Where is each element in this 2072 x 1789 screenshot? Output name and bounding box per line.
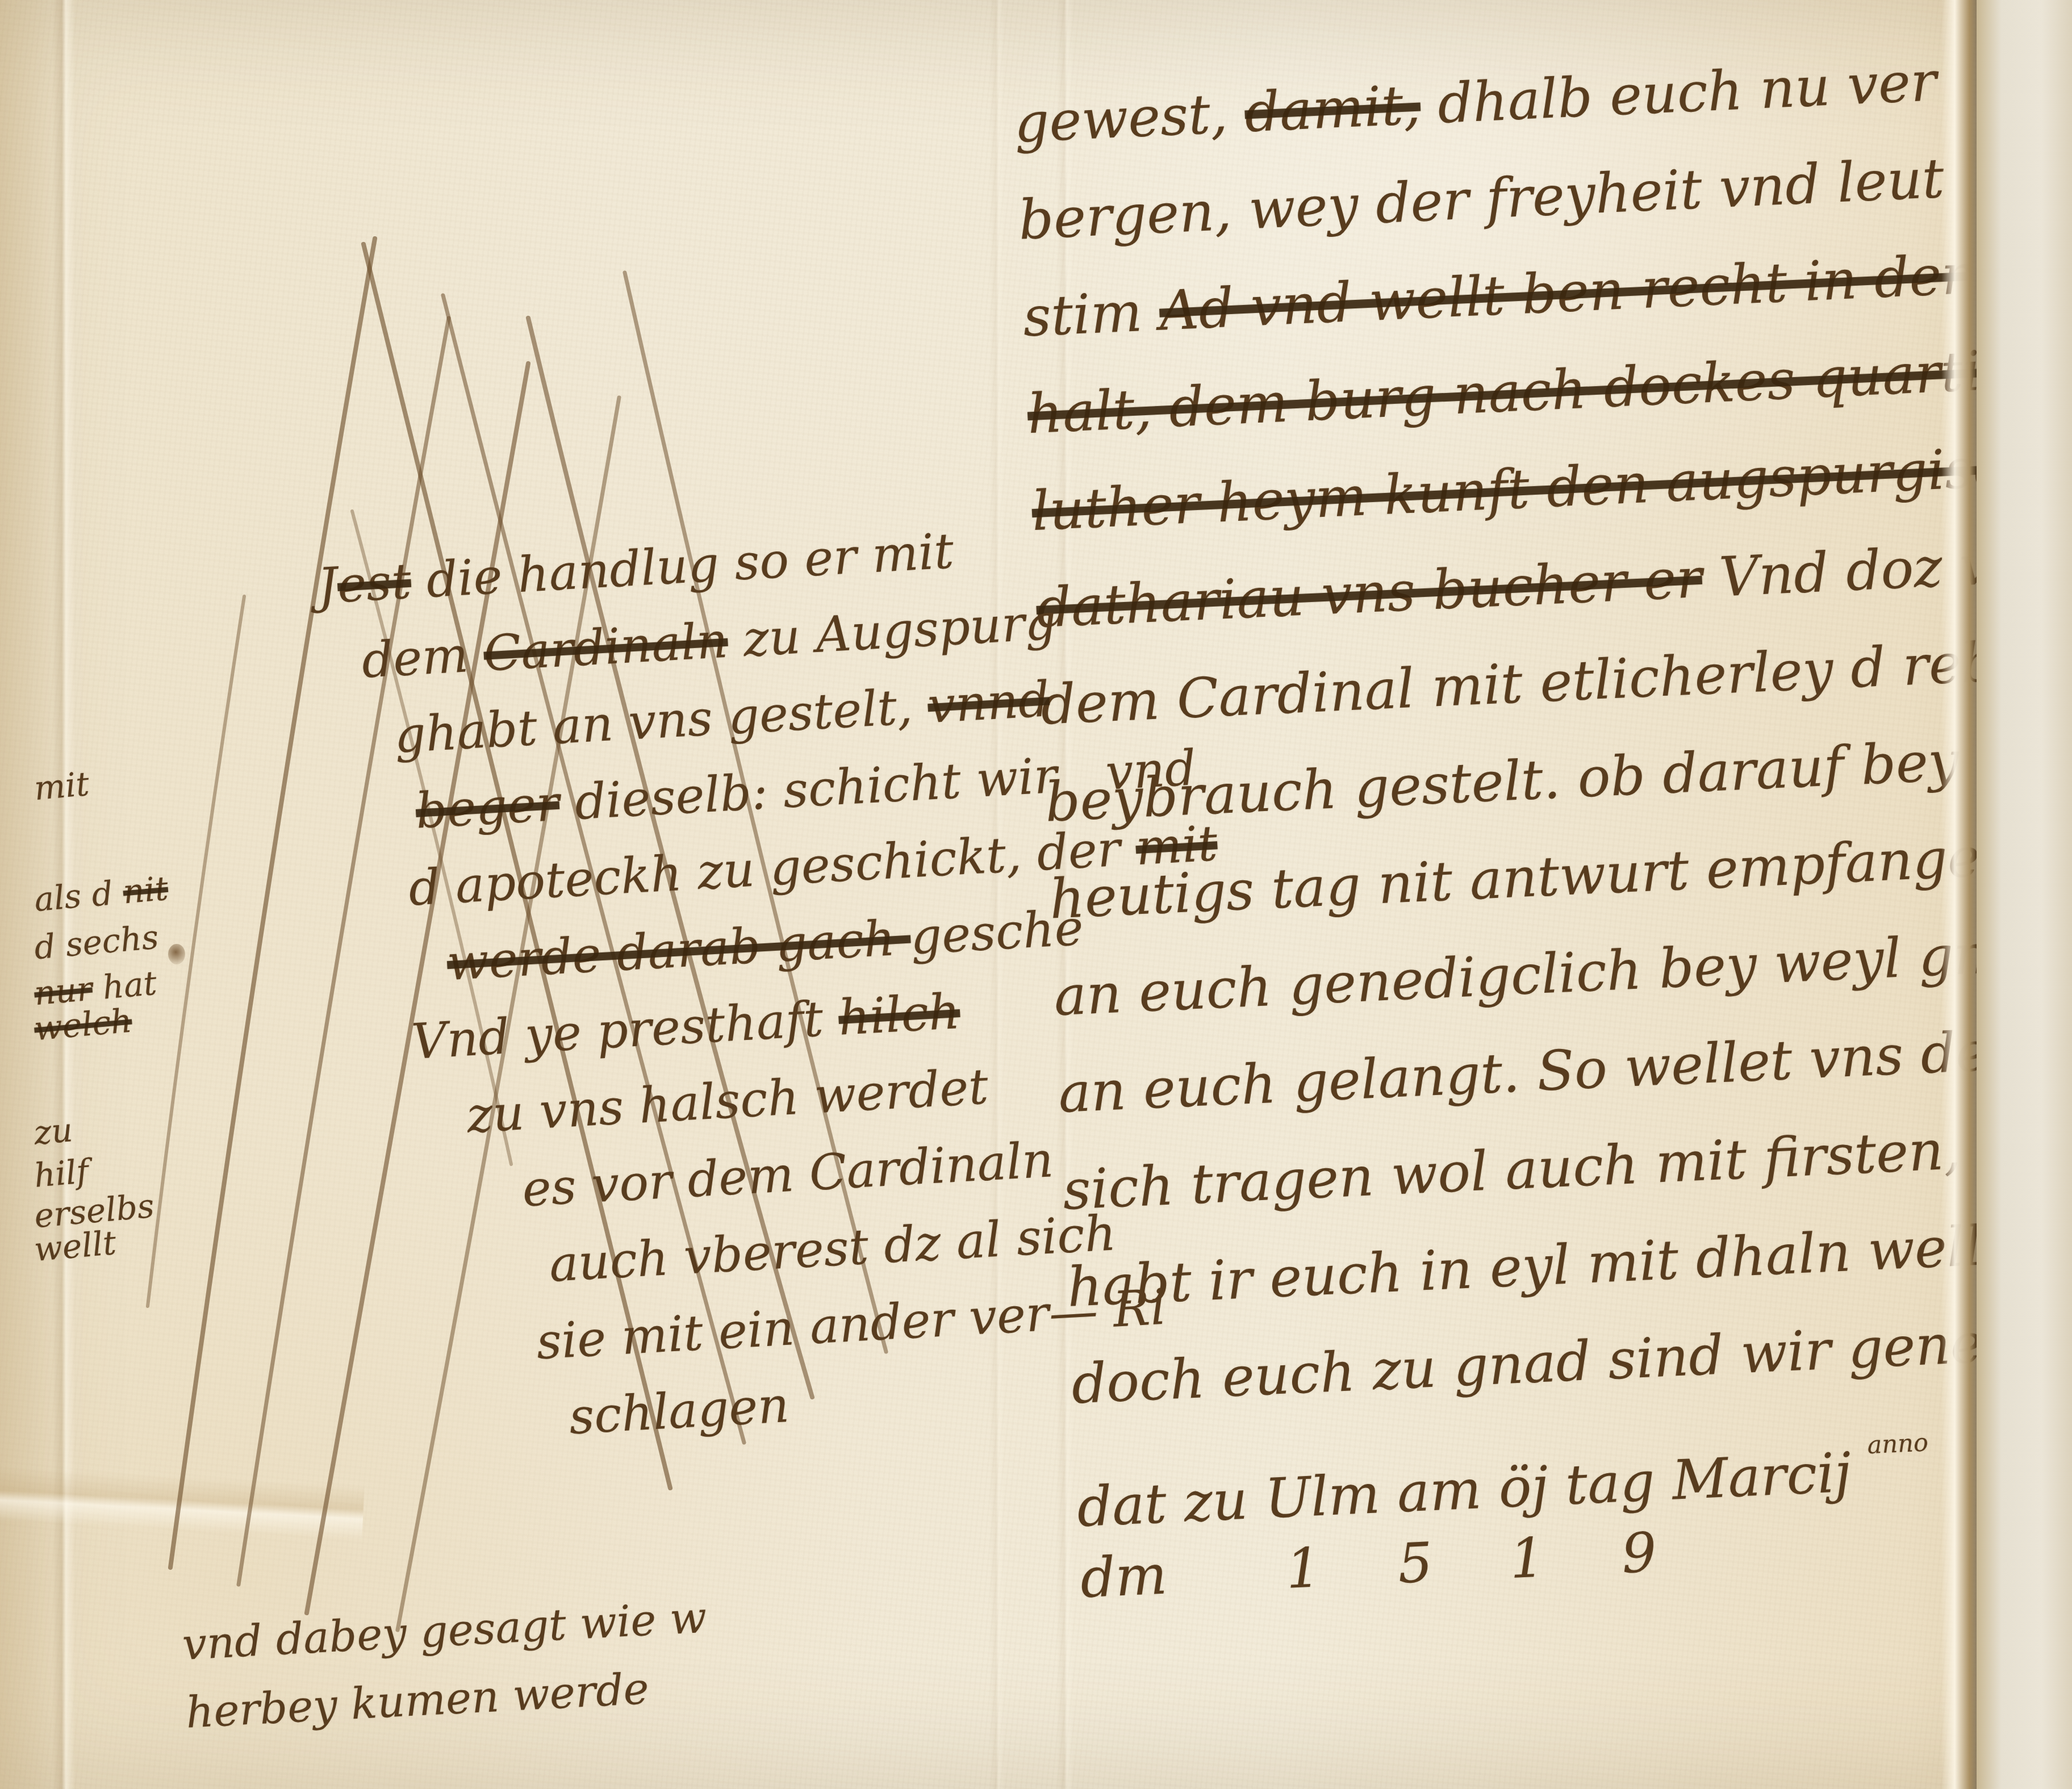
text-segment: wellt	[32, 1223, 118, 1269]
struck-text-segment: Ad vnd wellt ben recht in der	[1158, 243, 1969, 342]
struck-text-segment: beger	[414, 775, 561, 840]
text-segment: hilf	[32, 1152, 90, 1195]
struck-text-segment: werde darab gach	[445, 909, 912, 992]
cancellation-stroke	[148, 596, 244, 1306]
underlying-page-edge	[1977, 0, 2072, 1789]
struck-text-segment: welch	[32, 1001, 133, 1048]
margin-note: wellt	[32, 1223, 118, 1269]
margin-note: welch	[32, 1001, 133, 1048]
text-segment: anno	[1867, 1428, 1929, 1460]
text-segment: gesche	[909, 900, 1085, 966]
ink-blot	[168, 944, 185, 964]
left-cancelled-paragraph: Jest die handlug so er mitdem Cardinaln …	[316, 508, 1093, 1468]
text-segment: zu	[32, 1110, 74, 1152]
margin-note: zu	[32, 1110, 74, 1152]
margin-note: d sechs	[32, 918, 160, 967]
text-segment: Vnd ye presthaft	[410, 990, 840, 1071]
text-segment: dem	[360, 626, 485, 689]
text-segment: 1 5 1 9	[1285, 1519, 1688, 1601]
text-segment: schlagen	[567, 1377, 791, 1445]
text-segment: dhalb euch nu ver	[1419, 49, 1938, 136]
text-segment: zu Augspurg	[726, 594, 1058, 669]
margin-note: hilf	[32, 1152, 90, 1195]
text-segment: als d	[32, 873, 124, 919]
text-segment: d sechs	[32, 918, 160, 967]
text-segment: stim	[1022, 279, 1161, 349]
struck-text-segment: dathariau vns bucher er	[1035, 546, 1703, 640]
text-segment: dm	[1079, 1543, 1168, 1610]
struck-text-segment: vnnd	[926, 671, 1051, 734]
struck-text-segment: Cardinaln	[482, 612, 729, 683]
struck-text-segment: hilch	[837, 983, 962, 1047]
bottom-postscript: vnd dabey gesagt wie wherbey kumen werde	[181, 1583, 712, 1747]
struck-text-segment: mit	[1134, 815, 1219, 876]
bottom-fold-crease	[0, 1466, 365, 1540]
manuscript-page: gewest, damit, dhalb euch nu verbergen, …	[0, 0, 2072, 1789]
margin-note: mit	[32, 764, 90, 808]
text-segment: mit	[32, 764, 90, 808]
struck-text-segment: damit,	[1243, 73, 1422, 145]
margin-note: als d nit	[32, 869, 169, 919]
struck-text-segment: est	[336, 553, 412, 614]
struck-text-segment: nit	[122, 869, 170, 912]
text-segment: gewest,	[1013, 81, 1246, 155]
